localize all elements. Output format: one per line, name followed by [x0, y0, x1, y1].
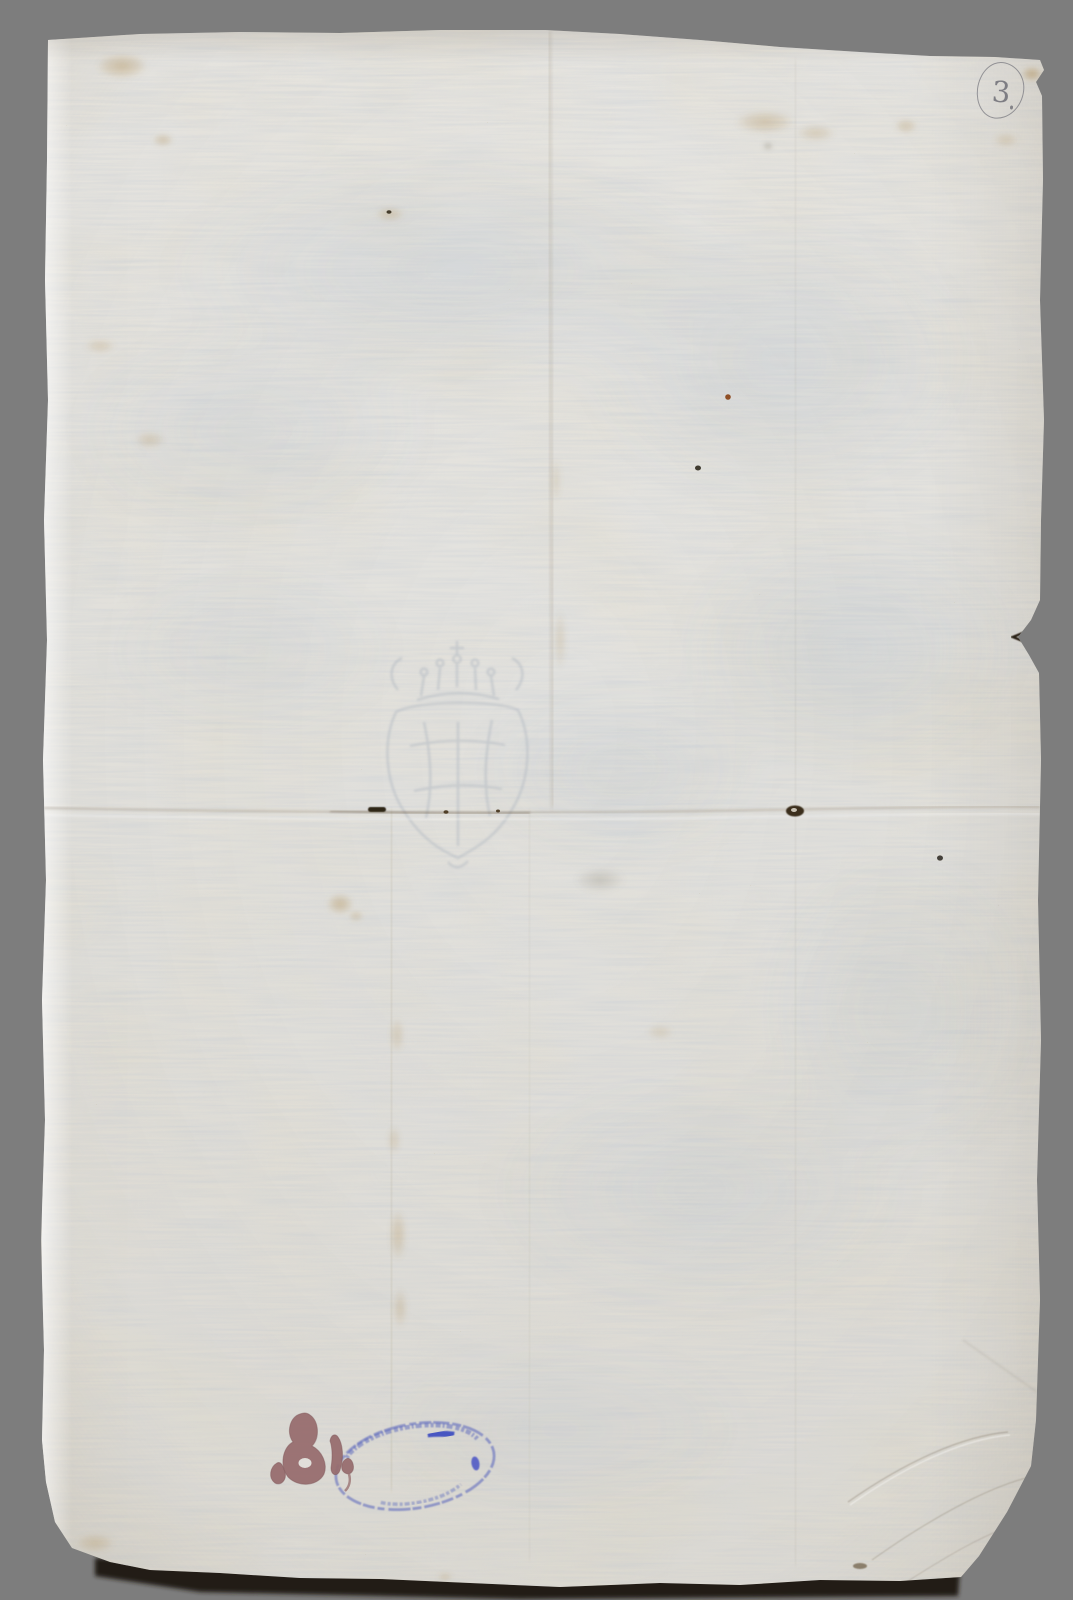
- right-edge-shading: [930, 28, 1050, 1578]
- scan-background: 3: [0, 0, 1073, 1600]
- scanned-document: [0, 0, 1073, 1600]
- pencil-dot: [1010, 105, 1013, 109]
- paper-sheet: [0, 0, 1073, 1600]
- edge-vignette: [0, 0, 1073, 1600]
- left-edge-highlight: [42, 30, 72, 1575]
- page-number: 3: [991, 74, 1012, 109]
